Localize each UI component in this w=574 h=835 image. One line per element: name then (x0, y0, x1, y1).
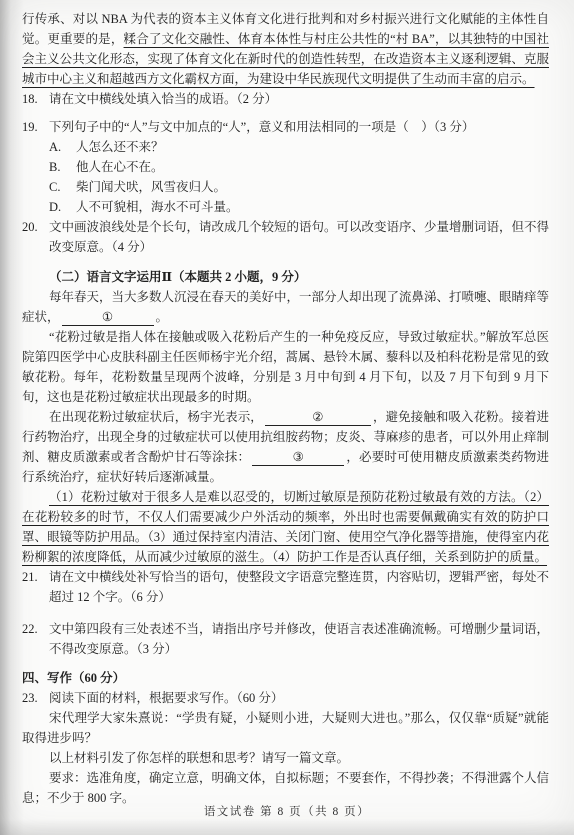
exam-page: 行传承、对以 NBA 为代表的资本主义体育文化进行批判和对乡村振兴进行文化赋能的… (0, 0, 574, 835)
option-text: 柴门闻犬吠，风雪夜归人。 (76, 180, 226, 194)
q18-text: 请在文中横线处填入恰当的成语。（2 分） (49, 92, 277, 106)
q23-stem: 阅读下面的材料，根据要求写作。（60 分） (49, 691, 283, 705)
p3-text-a: 在出现花粉过敏症状后，杨宇光表示， (49, 410, 263, 424)
q19-option-a: A.人怎么还不来？ (49, 137, 549, 157)
circled-number-1: ① (102, 310, 113, 324)
p4-underlined-sentences: （1）花粉过敏对于很多人是难以忍受的，切断过敏原是预防花粉过敏最有效的方法。（2… (22, 490, 549, 564)
question-20: 20.文中画波浪线处是个长句，请改成几个较短的语句。可以改变语序、少量增删词语，… (22, 217, 549, 257)
q19-number: 19. (22, 117, 49, 137)
question-23: 23.阅读下面的材料，根据要求写作。（60 分） (22, 688, 549, 708)
q21-text: 请在文中横线处补写恰当的语句，使整段文字语意完整连贯，内容贴切，逻辑严密，每处不… (49, 570, 549, 604)
question-22: 22.文中第四段有三处表述不当，请指出序号并修改，使语言表述准确流畅。可增删少量… (22, 619, 549, 659)
passage2-paragraph-1: 每年春天，当大多数人沉浸在春天的美好中，一部分人却出现了流鼻涕、打喷嚏、眼睛痒等… (22, 287, 549, 327)
passage1: 行传承、对以 NBA 为代表的资本主义体育文化进行批判和对乡村振兴进行文化赋能的… (22, 9, 549, 89)
q20-text: 文中画波浪线处是个长句，请改成几个较短的语句。可以改变语序、少量增删词语，但不得… (49, 220, 549, 254)
question-19: 19.下列句子中的“人”与文中加点的“人”，意义和用法相同的一项是（ ）（3 分… (22, 117, 549, 137)
q21-number: 21. (22, 567, 49, 587)
circled-number-2: ② (312, 410, 323, 424)
q22-number: 22. (22, 619, 49, 639)
option-text: 人怎么还不来？ (76, 140, 164, 154)
q20-number: 20. (22, 217, 49, 237)
option-label: B. (49, 157, 76, 177)
q23-prompt: 以上材料引发了你怎样的联想和思考？请写一篇文章。 (22, 748, 549, 768)
passage2-paragraph-2: “花粉过敏是指人体在接触或吸入花粉后产生的一种免疫反应，导致过敏症状。”解放军总… (22, 327, 549, 407)
option-label: C. (49, 177, 76, 197)
option-text: 他人在心不在。 (76, 160, 164, 174)
question-21: 21.请在文中横线处补写恰当的语句，使整段文字语意完整连贯，内容贴切，逻辑严密，… (22, 567, 549, 607)
q19-stem: 下列句子中的“人”与文中加点的“人”，意义和用法相同的一项是（ ）（3 分） (49, 120, 474, 134)
q23-material: 宋代理学大家朱熹说：“学贵有疑，小疑则小进，大疑则大进也。”那么，仅仅靠“质疑”… (22, 708, 549, 748)
q18-number: 18. (22, 89, 49, 109)
q19-option-b: B.他人在心不在。 (49, 157, 549, 177)
passage2-paragraph-4: （1）花粉过敏对于很多人是难以忍受的，切断过敏原是预防花粉过敏最有效的方法。（2… (22, 487, 549, 567)
passage2-paragraph-3: 在出现花粉过敏症状后，杨宇光表示，②，避免接触和吸入花粉。接着进行药物治疗，出现… (22, 407, 549, 487)
page-footer: 语文试卷 第 8 页（共 8 页） (0, 802, 574, 822)
q22-text: 文中第四段有三处表述不当，请指出序号并修改，使语言表述准确流畅。可增删少量词语，… (49, 622, 549, 656)
q19-option-d: D.人不可貌相，海水不可斗量。 (49, 197, 549, 217)
blank-line-3: ③ (252, 451, 344, 466)
option-text: 人不可貌相，海水不可斗量。 (76, 200, 239, 214)
q19-option-c: C.柴门闻犬吠，风雪夜归人。 (49, 177, 549, 197)
section-heading-language-use-2: （二）语言文字运用Ⅱ（本题共 2 小题，9 分） (22, 267, 549, 287)
blank-line-2: ② (265, 411, 371, 426)
section-heading-writing: 四、写作（60 分） (22, 668, 549, 688)
option-label: A. (49, 137, 76, 157)
circled-number-3: ③ (293, 450, 304, 464)
q23-number: 23. (22, 688, 49, 708)
option-label: D. (49, 197, 76, 217)
p1-end: 。 (156, 310, 169, 324)
question-18: 18.请在文中横线处填入恰当的成语。（2 分） (22, 89, 549, 109)
blank-line-1: ① (62, 311, 154, 326)
scan-shadow-left (0, 0, 24, 835)
